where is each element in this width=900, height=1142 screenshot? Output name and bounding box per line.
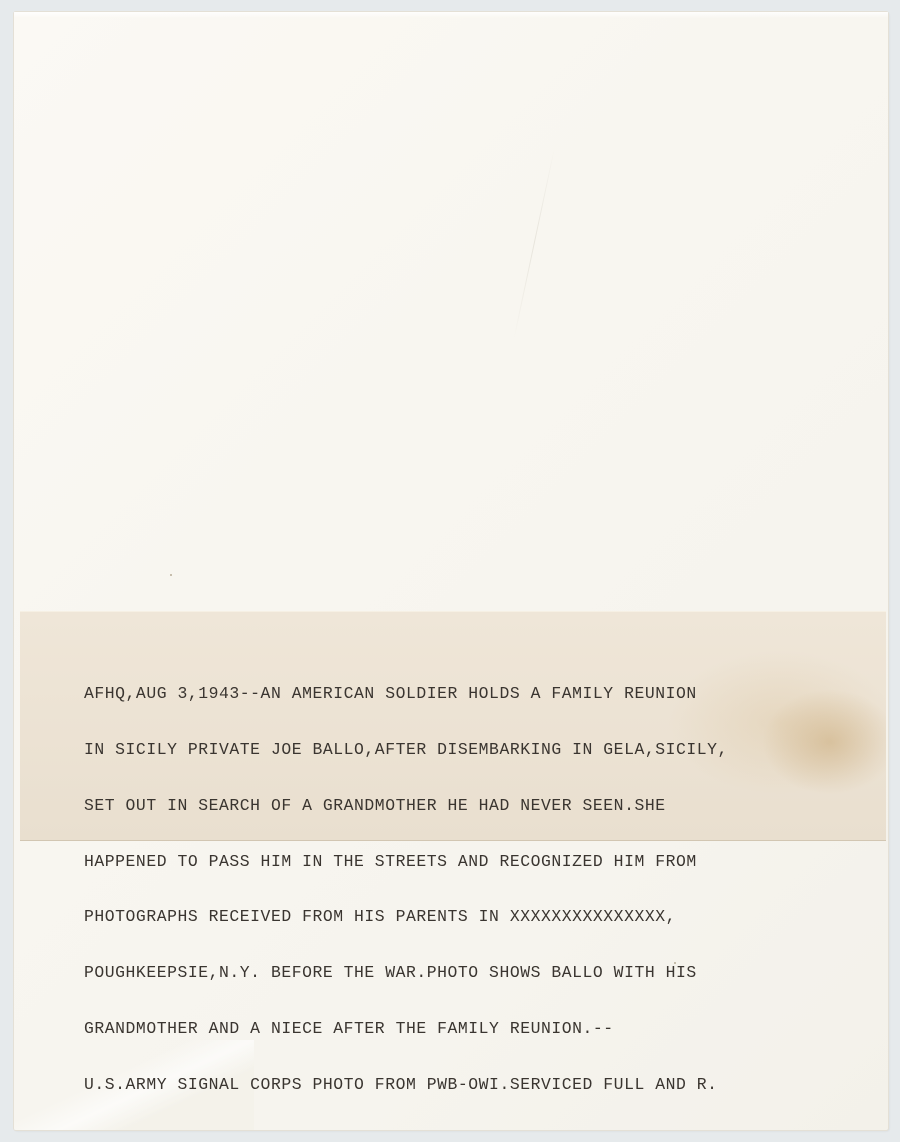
caption-line-7: GRANDMOTHER AND A NIECE AFTER THE FAMILY… [84, 1020, 728, 1039]
caption-label: AFHQ,AUG 3,1943--AN AMERICAN SOLDIER HOL… [20, 612, 886, 840]
caption-line-1: AFHQ,AUG 3,1943--AN AMERICAN SOLDIER HOL… [84, 685, 728, 704]
caption-line-6: POUGHKEEPSIE,N.Y. BEFORE THE WAR.PHOTO S… [84, 964, 728, 983]
paper-speck [170, 574, 172, 576]
typed-caption: AFHQ,AUG 3,1943--AN AMERICAN SOLDIER HOL… [84, 648, 728, 1131]
caption-line-3: SET OUT IN SEARCH OF A GRANDMOTHER HE HA… [84, 797, 728, 816]
caption-line-8: U.S.ARMY SIGNAL CORPS PHOTO FROM PWB-OWI… [84, 1076, 728, 1095]
paper-crease [513, 144, 556, 340]
caption-line-5: PHOTOGRAPHS RECEIVED FROM HIS PARENTS IN… [84, 908, 728, 927]
caption-line-2: IN SICILY PRIVATE JOE BALLO,AFTER DISEMB… [84, 741, 728, 760]
caption-line-4: HAPPENED TO PASS HIM IN THE STREETS AND … [84, 853, 728, 872]
